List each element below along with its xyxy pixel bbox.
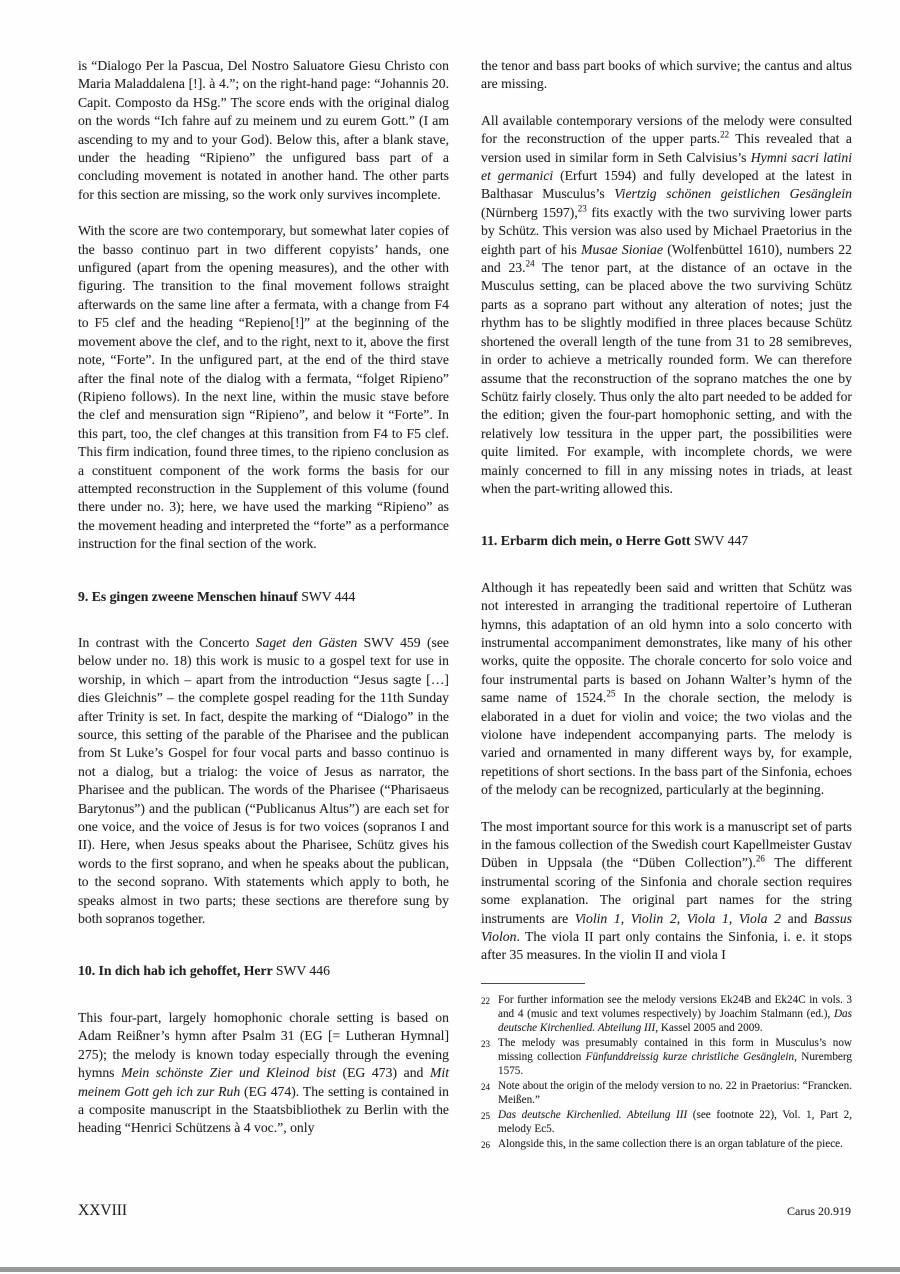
- text-run: SWV 446: [276, 963, 330, 978]
- paragraph: With the score are two contemporary, but…: [78, 222, 449, 553]
- footnote-number: 25: [481, 1108, 498, 1136]
- text-italic: Das deutsche Kirchenlied. Abteilung III: [498, 1109, 687, 1121]
- footnote-text: For further information see the melody v…: [498, 993, 852, 1035]
- scan-edge: [0, 1267, 900, 1272]
- footnote-text: Das deutsche Kirchenlied. Abteilung III …: [498, 1108, 852, 1136]
- text-run: and: [781, 911, 814, 926]
- paragraph: All available contemporary versions of t…: [481, 112, 852, 499]
- text-italic: Viola 1: [687, 911, 729, 926]
- text-run: For further information see the melody v…: [498, 994, 852, 1020]
- text-run: SWV 444: [301, 589, 355, 604]
- footnote: 25Das deutsche Kirchenlied. Abteilung II…: [481, 1108, 852, 1136]
- footnote-number: 23: [481, 1036, 498, 1078]
- footnotes: 22For further information see the melody…: [481, 983, 852, 1152]
- text-run: SWV 459 (see below under no. 18) this wo…: [78, 635, 449, 926]
- footnote-text: The melody was presumably contained in t…: [498, 1036, 852, 1078]
- footnote: 24Note about the origin of the melody ve…: [481, 1079, 852, 1107]
- footnote-ref: 25: [606, 689, 615, 699]
- paragraph: This four-part, largely homophonic chora…: [78, 1009, 449, 1138]
- text-italic: Violin 1: [575, 911, 621, 926]
- text-italic: Viertzig schönen geistlichen Gesänglein: [614, 186, 852, 201]
- paragraph: In contrast with the Concerto Saget den …: [78, 634, 449, 929]
- text-italic: Mein schönste Zier und Kleinod bist: [121, 1065, 336, 1080]
- left-column: is “Dialogo Per la Pascua, Del Nostro Sa…: [78, 57, 449, 1156]
- page-footer: XXVIII Carus 20.919: [78, 1202, 851, 1220]
- footnote-ref: 24: [526, 259, 535, 269]
- section-heading: 11. Erbarm dich mein, o Herre Gott SWV 4…: [481, 532, 852, 550]
- right-column: the tenor and bass part books of which s…: [481, 57, 852, 1156]
- footnote-text: Alongside this, in the same collection t…: [498, 1137, 852, 1152]
- section-heading: 10. In dich hab ich gehoffet, Herr SWV 4…: [78, 962, 449, 980]
- text-run: SWV 447: [694, 533, 748, 548]
- text-italic: Musae Sioniae: [581, 242, 663, 257]
- footnote: 26Alongside this, in the same collection…: [481, 1137, 852, 1152]
- section-heading: 9. Es gingen zweene Menschen hinauf SWV …: [78, 588, 449, 606]
- text-run: , Kassel 2005 and 2009.: [655, 1022, 763, 1034]
- text-run: ,: [621, 911, 631, 926]
- text-run: The tenor part, at the distance of an oc…: [481, 260, 852, 496]
- footnote-separator: [481, 983, 585, 984]
- edition-number: Carus 20.919: [787, 1204, 851, 1219]
- footnote-number: 26: [481, 1137, 498, 1152]
- footnote-ref: 22: [720, 130, 729, 140]
- page-number: XXVIII: [78, 1202, 127, 1220]
- text-run: Alongside this, in the same collection t…: [498, 1138, 843, 1150]
- footnote-number: 24: [481, 1079, 498, 1107]
- footnote: 22For further information see the melody…: [481, 993, 852, 1035]
- footnote-ref: 23: [578, 203, 587, 213]
- text-run: is “Dialogo Per la Pascua, Del Nostro Sa…: [78, 58, 449, 202]
- paragraph: the tenor and bass part books of which s…: [481, 57, 852, 94]
- footnote: 23The melody was presumably contained in…: [481, 1036, 852, 1078]
- text-run: the tenor and bass part books of which s…: [481, 58, 852, 91]
- text-bold: 11. Erbarm dich mein, o Herre Gott: [481, 533, 694, 548]
- text-run: (EG 473) and: [336, 1065, 430, 1080]
- text-run: ,: [729, 911, 739, 926]
- text-bold: 9. Es gingen zweene Menschen hinauf: [78, 589, 301, 604]
- paragraph: Although it has repeatedly been said and…: [481, 579, 852, 800]
- footnote-number: 22: [481, 993, 498, 1035]
- text-run: Although it has repeatedly been said and…: [481, 580, 852, 705]
- text-italic: Fünfunddreissig kurze christliche Gesäng…: [586, 1051, 794, 1063]
- footnote-text: Note about the origin of the melody vers…: [498, 1079, 852, 1107]
- page-content: is “Dialogo Per la Pascua, Del Nostro Sa…: [78, 57, 852, 1156]
- footnote-ref: 26: [756, 854, 765, 864]
- text-run: . The viola II part only contains the Si…: [481, 929, 852, 962]
- text-italic: Saget den Gästen: [256, 635, 358, 650]
- text-run: In contrast with the Concerto: [78, 635, 256, 650]
- document-page: is “Dialogo Per la Pascua, Del Nostro Sa…: [0, 0, 900, 1274]
- text-run: Note about the origin of the melody vers…: [498, 1080, 852, 1106]
- paragraph: The most important source for this work …: [481, 818, 852, 965]
- text-italic: Viola 2: [739, 911, 781, 926]
- text-bold: 10. In dich hab ich gehoffet, Herr: [78, 963, 276, 978]
- paragraph: is “Dialogo Per la Pascua, Del Nostro Sa…: [78, 57, 449, 204]
- text-run: (Nürnberg 1597),: [481, 205, 578, 220]
- text-run: With the score are two contemporary, but…: [78, 223, 449, 551]
- text-run: ,: [677, 911, 687, 926]
- text-run: In the chorale section, the melody is el…: [481, 690, 852, 797]
- text-italic: Violin 2: [631, 911, 677, 926]
